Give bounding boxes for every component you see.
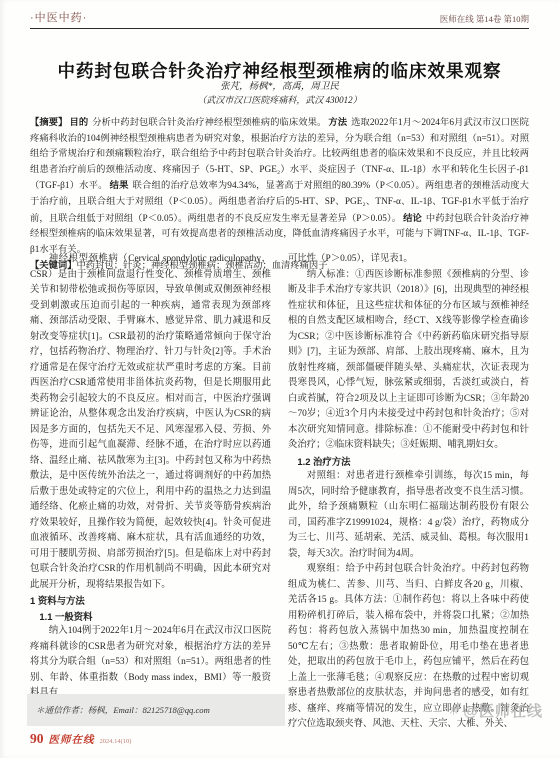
abstract-label: 【摘要】 (30, 117, 67, 127)
section-1-1-heading: 1.1 一般资料 (30, 609, 271, 625)
abstract-block: 【摘要】目的分析中药封包联合针灸治疗神经根型颈椎病的临床效果。方法选取2022年… (30, 115, 529, 275)
affiliation-line: （武汉市汉口医院疼痛科，武汉 430012） (0, 93, 559, 106)
section-1-heading: 1 资料与方法 (30, 593, 271, 609)
intro-paragraph: 神经根型颈椎病（Cervical spondylotic radiculopat… (30, 252, 271, 593)
left-column: 神经根型颈椎病（Cervical spondylotic radiculopat… (30, 252, 271, 733)
watermark-flower-icon: ✳ (448, 702, 461, 719)
general-info-paragraph: 纳入104例于2022年1月～2024年6月在武汉市汉口医院疼痛科就诊的CSR患… (30, 624, 271, 702)
abstract-method-label: 方法 (328, 117, 347, 127)
right-column: 可比性（P＞0.05），详见表1。 纳入标准：①西医诊断标准参照《颈椎病的分型、… (288, 252, 529, 733)
journal-page: ·中医中药· 医师在线 第14卷 第10期 中药封包联合针灸治疗神经根型颈椎病的… (0, 0, 559, 758)
comparability-paragraph: 可比性（P＞0.05），详见表1。 (288, 252, 529, 268)
body-columns: 神经根型颈椎病（Cervical spondylotic radiculopat… (30, 252, 529, 733)
journal-issue-info: 医师在线 第14卷 第10期 (440, 13, 529, 25)
section-1-2-heading: 1.2 治疗方法 (288, 454, 529, 470)
page-footer: 90 医师在线 2024.14(10) (30, 731, 131, 747)
corresponding-author-footnote: ＊通信作者：杨枫，Email：82125718@qq.com (27, 694, 285, 726)
abstract-conclusion-label: 结论 (403, 213, 422, 223)
watermark: ✳ @医师在线 (448, 700, 543, 721)
abstract-aim-label: 目的 (69, 117, 88, 127)
criteria-paragraph: 纳入标准：①西医诊断标准参照《颈椎病的分型、诊断及非手术治疗专家共识（2018）… (288, 268, 529, 454)
journal-logo: 医师在线 (49, 732, 95, 747)
column-section-label: ·中医中药· (30, 9, 87, 25)
abstract-paragraph: 【摘要】目的分析中药封包联合针灸治疗神经根型颈椎病的临床效果。方法选取2022年… (30, 115, 529, 258)
abstract-result-label: 结果 (110, 180, 129, 190)
watermark-text: @医师在线 (463, 700, 543, 721)
abstract-aim-text: 分析中药封包联合针灸治疗神经根型颈椎病的临床效果。 (92, 118, 326, 128)
page-number: 90 (30, 731, 44, 747)
issue-info: 2024.14(10) (100, 738, 132, 745)
author-line: 张芃，杨枫*，高禹，周卫民 (0, 78, 559, 92)
page-header: ·中医中药· 医师在线 第14卷 第10期 (30, 9, 529, 25)
control-group-paragraph: 对照组：对患者进行颈椎牵引训练，每次15 min，每周5次，同时给予健康教育，指… (288, 469, 529, 562)
header-divider (30, 28, 529, 29)
